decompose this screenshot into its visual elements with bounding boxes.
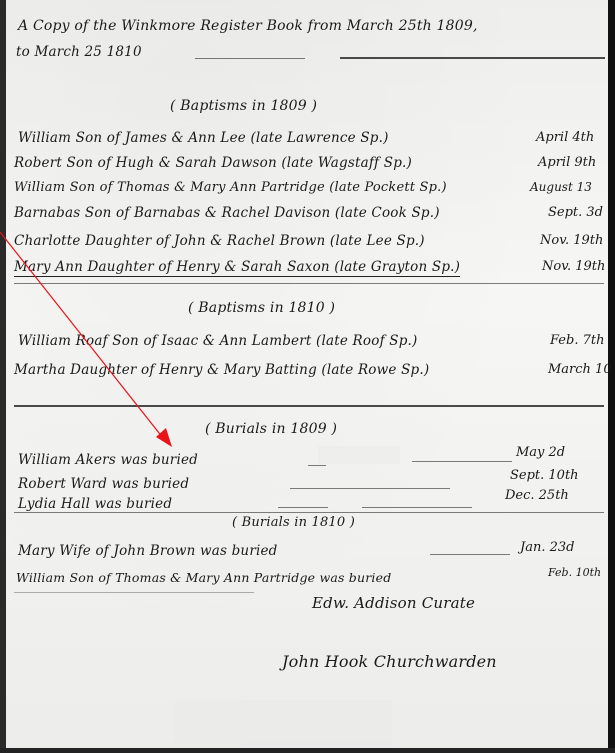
baptism-entry: Charlotte Daughter of John & Rachel Brow…: [14, 233, 425, 249]
faded-scan-patch: [242, 700, 392, 748]
burial-date: Jan. 23d: [520, 540, 574, 555]
burial-date: Sept. 10th: [510, 468, 579, 483]
section-rule: [14, 512, 604, 513]
section-rule: [14, 405, 604, 407]
signature-churchwarden: John Hook Churchwarden: [282, 652, 497, 671]
section-heading-baptisms-1809: ( Baptisms in 1809 ): [170, 98, 317, 114]
baptism-entry: Robert Son of Hugh & Sarah Dawson (late …: [14, 155, 412, 171]
baptism-entry: William Roaf Son of Isaac & Ann Lambert …: [18, 333, 418, 349]
baptism-date: August 13: [530, 180, 592, 194]
dash-rule: [412, 461, 512, 462]
document-title-line-1: A Copy of the Winkmore Register Book fro…: [18, 18, 478, 34]
baptism-date: April 4th: [536, 130, 594, 145]
section-rule: [14, 592, 254, 593]
burial-date: May 2d: [516, 445, 565, 460]
baptism-entry: Mary Ann Daughter of Henry & Sarah Saxon…: [14, 259, 460, 277]
dash-rule: [362, 507, 472, 508]
section-rule: [14, 283, 604, 284]
burial-entry: Robert Ward was buried: [18, 476, 189, 492]
section-heading-baptisms-1810: ( Baptisms in 1810 ): [188, 300, 335, 316]
baptism-entry: William Son of Thomas & Mary Ann Partrid…: [14, 180, 447, 195]
burial-entry: Mary Wife of John Brown was buried: [18, 543, 278, 559]
erased-area: [318, 446, 400, 464]
burial-entry: William Son of Thomas & Mary Ann Partrid…: [16, 570, 391, 585]
signature-curate: Edw. Addison Curate: [312, 594, 475, 612]
baptism-entry: Barnabas Son of Barnabas & Rachel Daviso…: [14, 205, 440, 221]
baptism-date: Feb. 7th: [550, 333, 604, 348]
faded-scan-patch: [175, 700, 243, 748]
title-rule-left: [195, 58, 305, 59]
title-rule-right: [340, 57, 605, 59]
dash-rule: [278, 507, 328, 508]
dash-rule: [430, 554, 510, 555]
baptism-date: March 10: [548, 362, 612, 377]
scan-bottom-border: [0, 748, 615, 753]
burial-date: Feb. 10th: [548, 566, 601, 579]
baptism-date: Nov. 19th: [540, 233, 603, 248]
baptism-entry: William Son of James & Ann Lee (late Law…: [18, 130, 389, 146]
baptism-date: April 9th: [538, 155, 596, 170]
burial-date: Dec. 25th: [505, 488, 569, 503]
burial-entry: Lydia Hall was buried: [18, 496, 172, 512]
baptism-date: Sept. 3d: [548, 205, 603, 220]
document-title-line-2: to March 25 1810: [16, 44, 142, 60]
baptism-date: Nov. 19th: [542, 259, 605, 274]
section-heading-burials-1810: ( Burials in 1810 ): [232, 515, 355, 530]
baptism-entry: Martha Daughter of Henry & Mary Batting …: [14, 362, 429, 378]
dash-rule: [290, 488, 450, 489]
section-heading-burials-1809: ( Burials in 1809 ): [205, 421, 337, 437]
burial-entry: William Akers was buried: [18, 452, 198, 468]
dash-rule: [308, 465, 326, 466]
